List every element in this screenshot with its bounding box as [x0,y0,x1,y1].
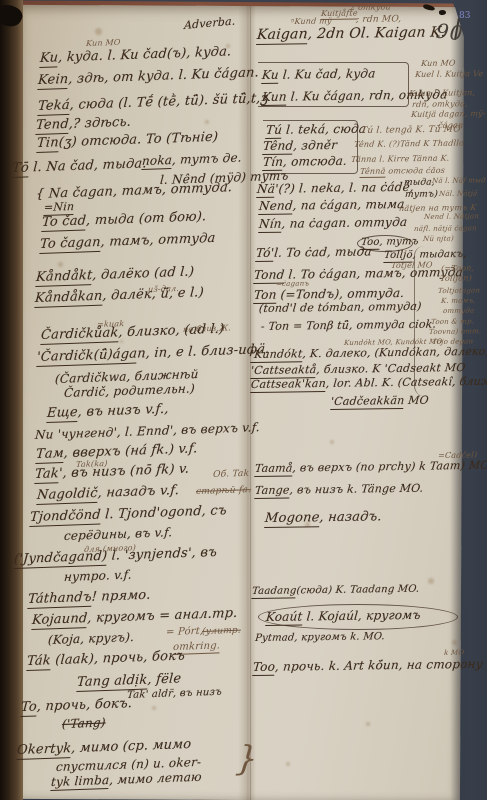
manuscript-line: Kun MO [86,39,121,48]
manuscript-line: (улитр. [202,627,241,637]
manuscript-line: } [234,742,259,776]
manuscript-line: нутро. v.f. [64,569,133,583]
manuscript-line: Toltjotagan [438,287,481,295]
manuscript-line: =Nin [44,201,75,213]
manuscript-line: k MO [444,650,465,657]
manuscript-line: Tênnā отсюда ćäos [360,167,446,176]
manuscript-line: Tänna l. Kirre Tänna K. [351,155,450,164]
manuscript-line: (tond'l de tómban, оттуда) [258,301,422,314]
manuscript-line: K. тамъ, [441,298,476,305]
manuscript-line: оттуда [443,308,475,315]
manuscript-line: näfl. nätjä ċagan [414,225,477,233]
age-spot [152,706,156,710]
manuscript-line: Tange, въ низъ k. Tänge MO. [254,483,423,496]
manuscript-line: Näl. Nätjä [439,190,478,198]
manuscript-photo: 90 83 Adverba.Kun MOKu, kyда. l. Ku čad(… [0,0,487,800]
manuscript-line: Об. Tak [213,470,250,480]
manuscript-line: Cattseak'kan, lor. Abl. K. (Catseakî, бл… [250,376,487,390]
manuscript-line: Ton (=Tondъ), оттуда. [253,287,404,301]
book-spine-edge [0,0,23,800]
entry-heading: Kaigan, 2dn Ol. Kaigan K. [256,25,446,42]
age-spot [95,28,102,35]
manuscript-line: Mogone, назадъ. [264,510,382,525]
manuscript-line: тыда, [404,179,436,188]
manuscript-line: серёдины, въ v.f. [64,526,173,542]
manuscript-line: Nend, na ċágan, тыма [258,198,405,212]
manuscript-line: Taamå, въ верхъ (по prchy) k Taam) MO. [254,460,487,474]
manuscript-line: Toovna) отт. [429,328,482,336]
manuscript-line: Tolljö, тыдакъ, [384,250,467,261]
manuscript-line: rdn, omkyда, [412,100,468,109]
manuscript-line: Tú l. teká, сюда [265,123,366,136]
age-spot [330,440,334,444]
manuscript-line: Nü njta) [423,236,454,243]
manuscript-line: тутъ) [405,191,439,200]
manuscript-line: Tond l. To ċágan, тамъ, оттуда [253,266,463,281]
manuscript-line: Tolljon) [440,275,473,283]
manuscript-line: Nä l. Näf тыд [432,177,486,185]
gutter-shadow [238,6,256,800]
manuscript-line: Toon & тр. [431,318,475,326]
manuscript-line: Nend l. Nätjan [424,213,480,221]
age-spot [120,340,123,343]
manuscript-line: Ku l. Ku čad, kyда [261,67,376,81]
manuscript-line: Koaút l. Kojaúl, кругомъ [265,609,421,623]
manuscript-line: Kun MO [421,60,456,68]
manuscript-line: 'Kundókt, K. далеко, (Kundókan, далеко, … [250,345,487,360]
age-spot [205,120,209,124]
age-spot [428,578,434,584]
manuscript-line: Kuitjä dagan, тӱ- [411,110,487,119]
manuscript-line: Tang aldịk, fёlе [77,672,182,689]
manuscript-line: Nín, na ċagan. оттуда [258,216,407,230]
manuscript-line: To, прочь, бокъ. [21,697,133,714]
page-number-stamp: 83 [459,11,470,21]
manuscript-line: Pytmad, кругомъ k. MO. [255,632,386,644]
manuscript-line: (Koja, кругъ). [48,631,135,646]
age-spot [58,262,63,267]
manuscript-line: Tó'l. To ċad, тыда [255,245,372,259]
manuscript-line: 'Cattseaktå, близко. K 'Cadseakt MO [250,362,466,376]
manuscript-line: старѣй-fa. [196,486,252,497]
manuscript-line: Too, прочь. k. Art kö́un, на сторону [252,658,483,673]
manuscript-line: 2 omkyда [350,3,392,12]
manuscript-line: ; rdn MO, [356,15,402,25]
manuscript-line: Tín, отсюда. [262,155,347,168]
manuscript-line: Tend,? здѣсь. [36,116,132,132]
manuscript-line: Tênd, здněr [262,139,337,152]
manuscript-line: ('Tang) [62,716,107,730]
manuscript-line: Tú l. tengā K. Tū MO [361,126,461,136]
manuscript-line: Kuel l. Kuitja Ve [415,70,484,79]
manuscript-line: noka, тутъ де. [142,151,243,167]
manuscript-line: (=Toon, [441,265,475,273]
manuscript-line: Tênd K. (?)Tänd K Thadllo [354,139,465,149]
age-spot [286,762,290,766]
age-spot [452,640,457,645]
page-fold-line [250,6,251,800]
age-spot [366,722,370,726]
manuscript-line: = Pórt, [166,627,204,638]
manuscript-line: Nä'(?) l. neka, l. na ċádě, [256,181,414,195]
manuscript-line: 'Cadčeakkän MO [330,395,429,407]
manuscript-line: - Ton = Tonβ tü̂, оттуда ciok. [260,319,436,332]
